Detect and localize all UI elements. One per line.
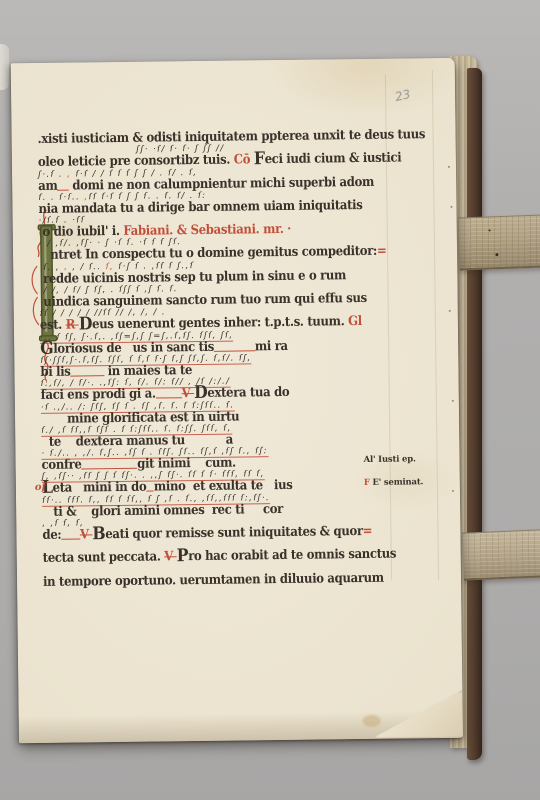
strap-speck — [495, 253, 498, 256]
edge-dot — [452, 400, 454, 402]
text-segment: ti & — [53, 504, 76, 519]
text-segment: git inimi — [137, 456, 190, 472]
text-segment: = — [377, 244, 387, 259]
ruling-line — [432, 70, 439, 580]
spacer — [121, 340, 132, 355]
spacer — [42, 505, 53, 520]
spacer — [72, 481, 83, 496]
spacer — [41, 411, 67, 426]
text-segment: Fabiani. & Sebastiani. mr. · — [123, 222, 291, 239]
text-segment: cum. — [205, 456, 236, 471]
text-segment: B — [92, 524, 105, 544]
leather-strap-bottom — [462, 529, 540, 580]
text-segment: F — [254, 149, 265, 169]
red-extender-line — [146, 478, 154, 492]
text-segment: V — [164, 550, 177, 565]
text-segment: = — [363, 524, 373, 539]
text-segment: E' seminat. — [372, 478, 423, 489]
manuscript-page: 23 .xisti iusticiam & odisti iniquitatem… — [11, 58, 463, 743]
text-segment: Gl — [348, 314, 362, 329]
spacer — [76, 504, 91, 519]
text-segment: a — [226, 432, 233, 447]
text-segment: am — [38, 178, 57, 193]
red-extender-line — [81, 455, 137, 470]
spacer — [61, 434, 76, 449]
text-segment: cor — [263, 502, 283, 517]
text-segment: V — [182, 386, 195, 401]
text-segment: Cō — [234, 153, 254, 168]
text-segment: eci iudi cium & iustici — [265, 151, 402, 168]
spacer — [39, 248, 50, 263]
margin-note-left: of — [35, 482, 46, 493]
edge-dot — [449, 310, 451, 312]
edge-dot — [450, 206, 452, 208]
text-segment: mini in do — [83, 480, 146, 496]
text-segment: ius — [274, 478, 293, 493]
spacer — [190, 456, 205, 471]
folio-number-pencil: 23 — [394, 87, 412, 104]
dog-ear-fold — [372, 689, 463, 738]
edge-dot — [448, 166, 450, 168]
loose-page-sliver — [0, 44, 9, 90]
text-segment: extera tua do — [207, 385, 289, 401]
red-extender-line — [214, 337, 255, 351]
text-segment: tecta sunt peccata. — [43, 550, 165, 566]
book-cover-edge — [467, 68, 482, 760]
red-extender-line — [61, 526, 80, 540]
text-block: .xisti iusticiam & odisti iniquitatem pp… — [37, 120, 403, 590]
text-segment: bi lis — [40, 365, 70, 380]
spacer — [185, 433, 226, 448]
text-segment: glori amini omnes — [91, 503, 204, 519]
text-segment: te — [49, 435, 61, 450]
text-segment: F — [364, 478, 373, 488]
text-segment: in tempore oportuno. uerumtamen in diluu… — [43, 570, 384, 589]
red-extender-line — [57, 176, 68, 190]
text-segment: P — [177, 546, 189, 566]
text-segment: mi ra — [255, 339, 288, 354]
red-extender-line — [70, 362, 104, 376]
parchment-stain — [363, 715, 381, 727]
manuscript-line: in tempore oportuno. uerumtamen in diluu… — [43, 562, 403, 590]
leather-strap-top — [458, 215, 540, 271]
red-extender-line — [156, 384, 182, 398]
text-segment: confre — [42, 458, 82, 473]
text-row: in tempore oportuno. uerumtamen in diluu… — [43, 572, 367, 590]
text-segment: de: — [42, 528, 61, 543]
text-segment: V — [80, 527, 93, 542]
text-segment: est. — [40, 318, 66, 333]
text-segment: R — [66, 318, 79, 333]
text-segment: of — [35, 482, 46, 493]
margin-note-right: F E' seminat. — [364, 478, 424, 489]
text-segment: rec ti — [212, 502, 245, 517]
text-segment: mino — [154, 480, 186, 495]
strap-speck — [489, 229, 491, 231]
edge-dot — [452, 490, 454, 492]
text-segment: Al' Iusti ep. — [364, 455, 416, 466]
margin-note-right: Al' Iusti ep. — [364, 455, 416, 466]
spacer — [244, 502, 263, 517]
spacer — [263, 479, 274, 494]
text-segment: eta — [53, 481, 73, 496]
photo-scene: 23 .xisti iusticiam & odisti iniquitatem… — [0, 0, 540, 800]
